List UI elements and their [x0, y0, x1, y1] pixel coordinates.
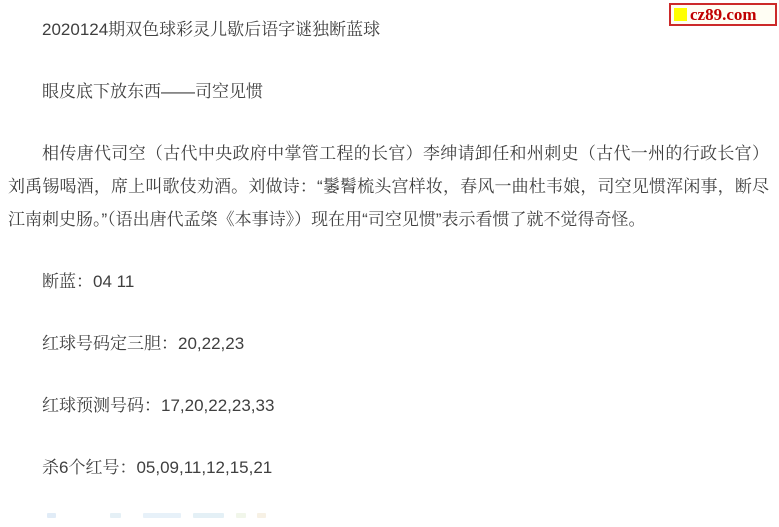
article-body: 2020124期双色球彩灵儿歇后语字谜独断蓝球 眼皮底下放东西——司空见惯 相传… [0, 0, 779, 484]
prediction-kill-six-red: 杀6个红号：05,09,11,12,15,21 [8, 451, 769, 484]
prediction-red-numbers: 红球预测号码：17,20,22,23,33 [8, 389, 769, 422]
prediction-blue-break: 断蓝：04 11 [8, 265, 769, 298]
prediction-red-three-dan: 红球号码定三胆：20,22,23 [8, 327, 769, 360]
article-title: 2020124期双色球彩灵儿歇后语字谜独断蓝球 [8, 13, 769, 46]
logo-square-icon [674, 8, 687, 21]
clipped-next-line [0, 513, 779, 527]
logo-text: cz89.com [690, 6, 757, 23]
site-logo[interactable]: cz89.com [669, 3, 777, 26]
riddle-line: 眼皮底下放东西——司空见惯 [8, 75, 769, 108]
story-paragraph: 相传唐代司空（古代中央政府中掌管工程的长官）李绅请卸任和州刺史（古代一州的行政长… [8, 137, 769, 236]
